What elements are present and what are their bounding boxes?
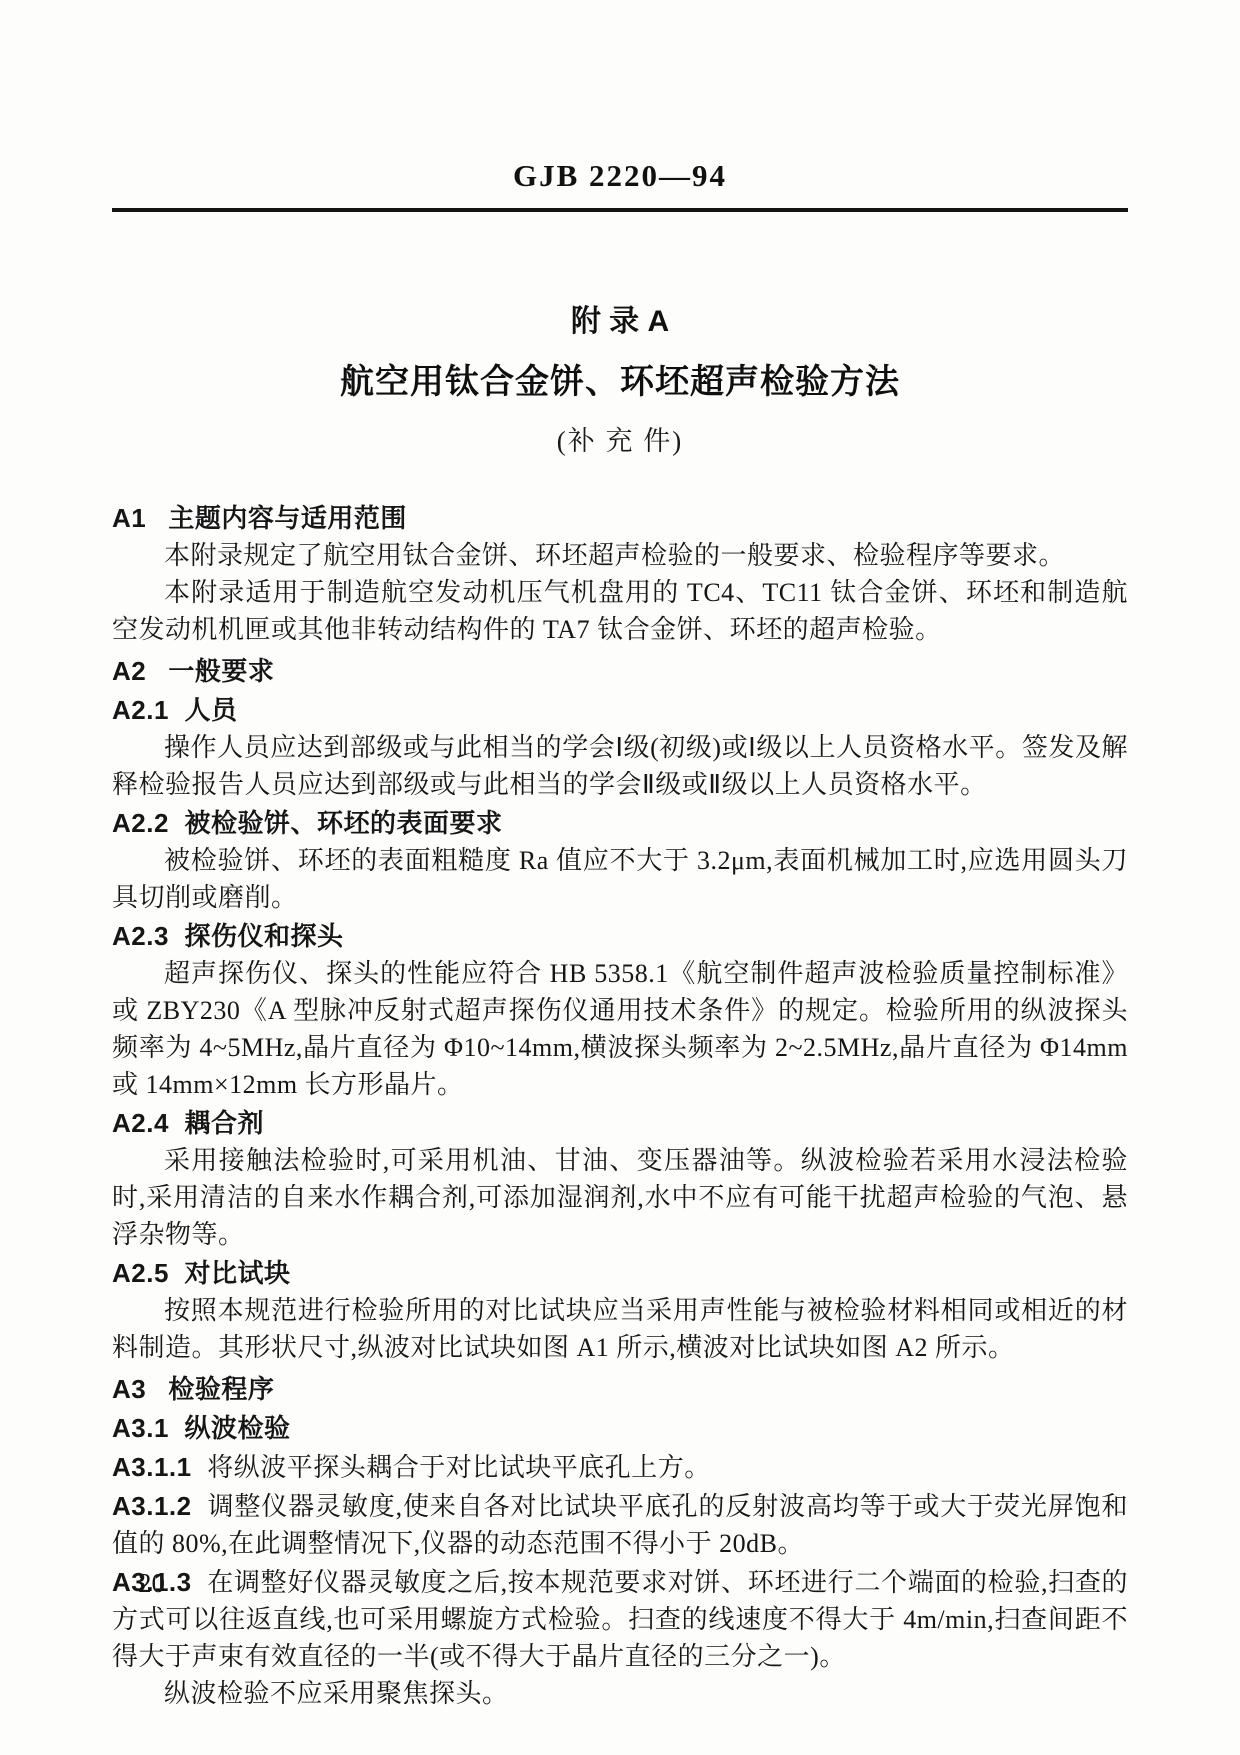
clause-number: A3.1.1 xyxy=(112,1452,192,1482)
section-number: A2.1 xyxy=(112,695,169,725)
document-body: A1主题内容与适用范围 本附录规定了航空用钛合金饼、环坯超声检验的一般要求、检验… xyxy=(112,500,1128,1712)
doc-subtitle: (补 充 件) xyxy=(112,419,1128,458)
section-title: 探伤仪和探头 xyxy=(185,921,344,951)
appendix-heading: 附 录 A xyxy=(112,296,1128,340)
clause-a3-1-2: A3.1.2调整仪器灵敏度,使来自各对比试块平底孔的反射波高均等于或大于荧光屏饱… xyxy=(112,1488,1128,1562)
subsection-heading-a2-3: A2.3探伤仪和探头 xyxy=(112,918,1128,955)
section-title: 纵波检验 xyxy=(185,1413,291,1443)
clause-a3-1-1: A3.1.1将纵波平探头耦合于对比试块平底孔上方。 xyxy=(112,1449,1128,1486)
section-number: A3.1 xyxy=(112,1413,169,1443)
doc-number: GJB 2220—94 xyxy=(0,0,1240,194)
section-title: 耦合剂 xyxy=(185,1108,265,1138)
section-number: A2 xyxy=(112,656,146,686)
section-number: A2.5 xyxy=(112,1258,169,1288)
section-title: 主题内容与适用范围 xyxy=(168,503,407,533)
clause-text: 调整仪器灵敏度,使来自各对比试块平底孔的反射波高均等于或大于荧光屏饱和值的 80… xyxy=(112,1492,1128,1558)
title-block: 附 录 A 航空用钛合金饼、环坯超声检验方法 (补 充 件) xyxy=(112,296,1128,458)
header-rule xyxy=(112,208,1128,212)
section-heading-a2: A2一般要求 xyxy=(112,653,1128,690)
section-heading-a1: A1主题内容与适用范围 xyxy=(112,500,1128,537)
doc-title: 航空用钛合金饼、环坯超声检验方法 xyxy=(112,354,1128,403)
clause-a3-1-3: A3.1.3在调整好仪器灵敏度之后,按本规范要求对饼、环坯进行二个端面的检验,扫… xyxy=(112,1564,1128,1675)
subsection-heading-a2-1: A2.1人员 xyxy=(112,692,1128,729)
subsection-heading-a2-5: A2.5对比试块 xyxy=(112,1255,1128,1292)
paragraph: 纵波检验不应采用聚焦探头。 xyxy=(112,1675,1128,1712)
page-number: 20 xyxy=(138,1568,165,1599)
paragraph: 超声探伤仪、探头的性能应符合 HB 5358.1《航空制件超声波检验质量控制标准… xyxy=(112,955,1128,1103)
subsection-heading-a2-4: A2.4耦合剂 xyxy=(112,1105,1128,1142)
section-number: A2.2 xyxy=(112,808,169,838)
document-page: GJB 2220—94 附 录 A 航空用钛合金饼、环坯超声检验方法 (补 充 … xyxy=(0,0,1240,1755)
subsection-heading-a2-2: A2.2被检验饼、环坯的表面要求 xyxy=(112,805,1128,842)
paragraph: 采用接触法检验时,可采用机油、甘油、变压器油等。纵波检验若采用水浸法检验时,采用… xyxy=(112,1142,1128,1253)
paragraph: 按照本规范进行检验所用的对比试块应当采用声性能与被检验材料相同或相近的材料制造。… xyxy=(112,1292,1128,1366)
section-title: 被检验饼、环坯的表面要求 xyxy=(185,808,503,838)
section-number: A2.4 xyxy=(112,1108,169,1138)
section-title: 一般要求 xyxy=(168,656,274,686)
section-title: 人员 xyxy=(185,695,238,725)
section-title: 检验程序 xyxy=(168,1374,274,1404)
section-heading-a3: A3检验程序 xyxy=(112,1371,1128,1408)
clause-number: A3.1.2 xyxy=(112,1491,192,1521)
clause-text: 在调整好仪器灵敏度之后,按本规范要求对饼、环坯进行二个端面的检验,扫查的方式可以… xyxy=(112,1568,1128,1671)
paragraph: 操作人员应达到部级或与此相当的学会Ⅰ级(初级)或Ⅰ级以上人员资格水平。签发及解释… xyxy=(112,729,1128,803)
section-number: A1 xyxy=(112,503,146,533)
section-title: 对比试块 xyxy=(185,1258,291,1288)
paragraph: 本附录规定了航空用钛合金饼、环坯超声检验的一般要求、检验程序等要求。 xyxy=(112,537,1128,574)
clause-text: 将纵波平探头耦合于对比试块平底孔上方。 xyxy=(207,1453,711,1482)
subsection-heading-a3-1: A3.1纵波检验 xyxy=(112,1410,1128,1447)
section-number: A2.3 xyxy=(112,921,169,951)
section-number: A3 xyxy=(112,1374,146,1404)
paragraph: 本附录适用于制造航空发动机压气机盘用的 TC4、TC11 钛合金饼、环坯和制造航… xyxy=(112,574,1128,648)
paragraph: 被检验饼、环坯的表面粗糙度 Ra 值应不大于 3.2μm,表面机械加工时,应选用… xyxy=(112,842,1128,916)
